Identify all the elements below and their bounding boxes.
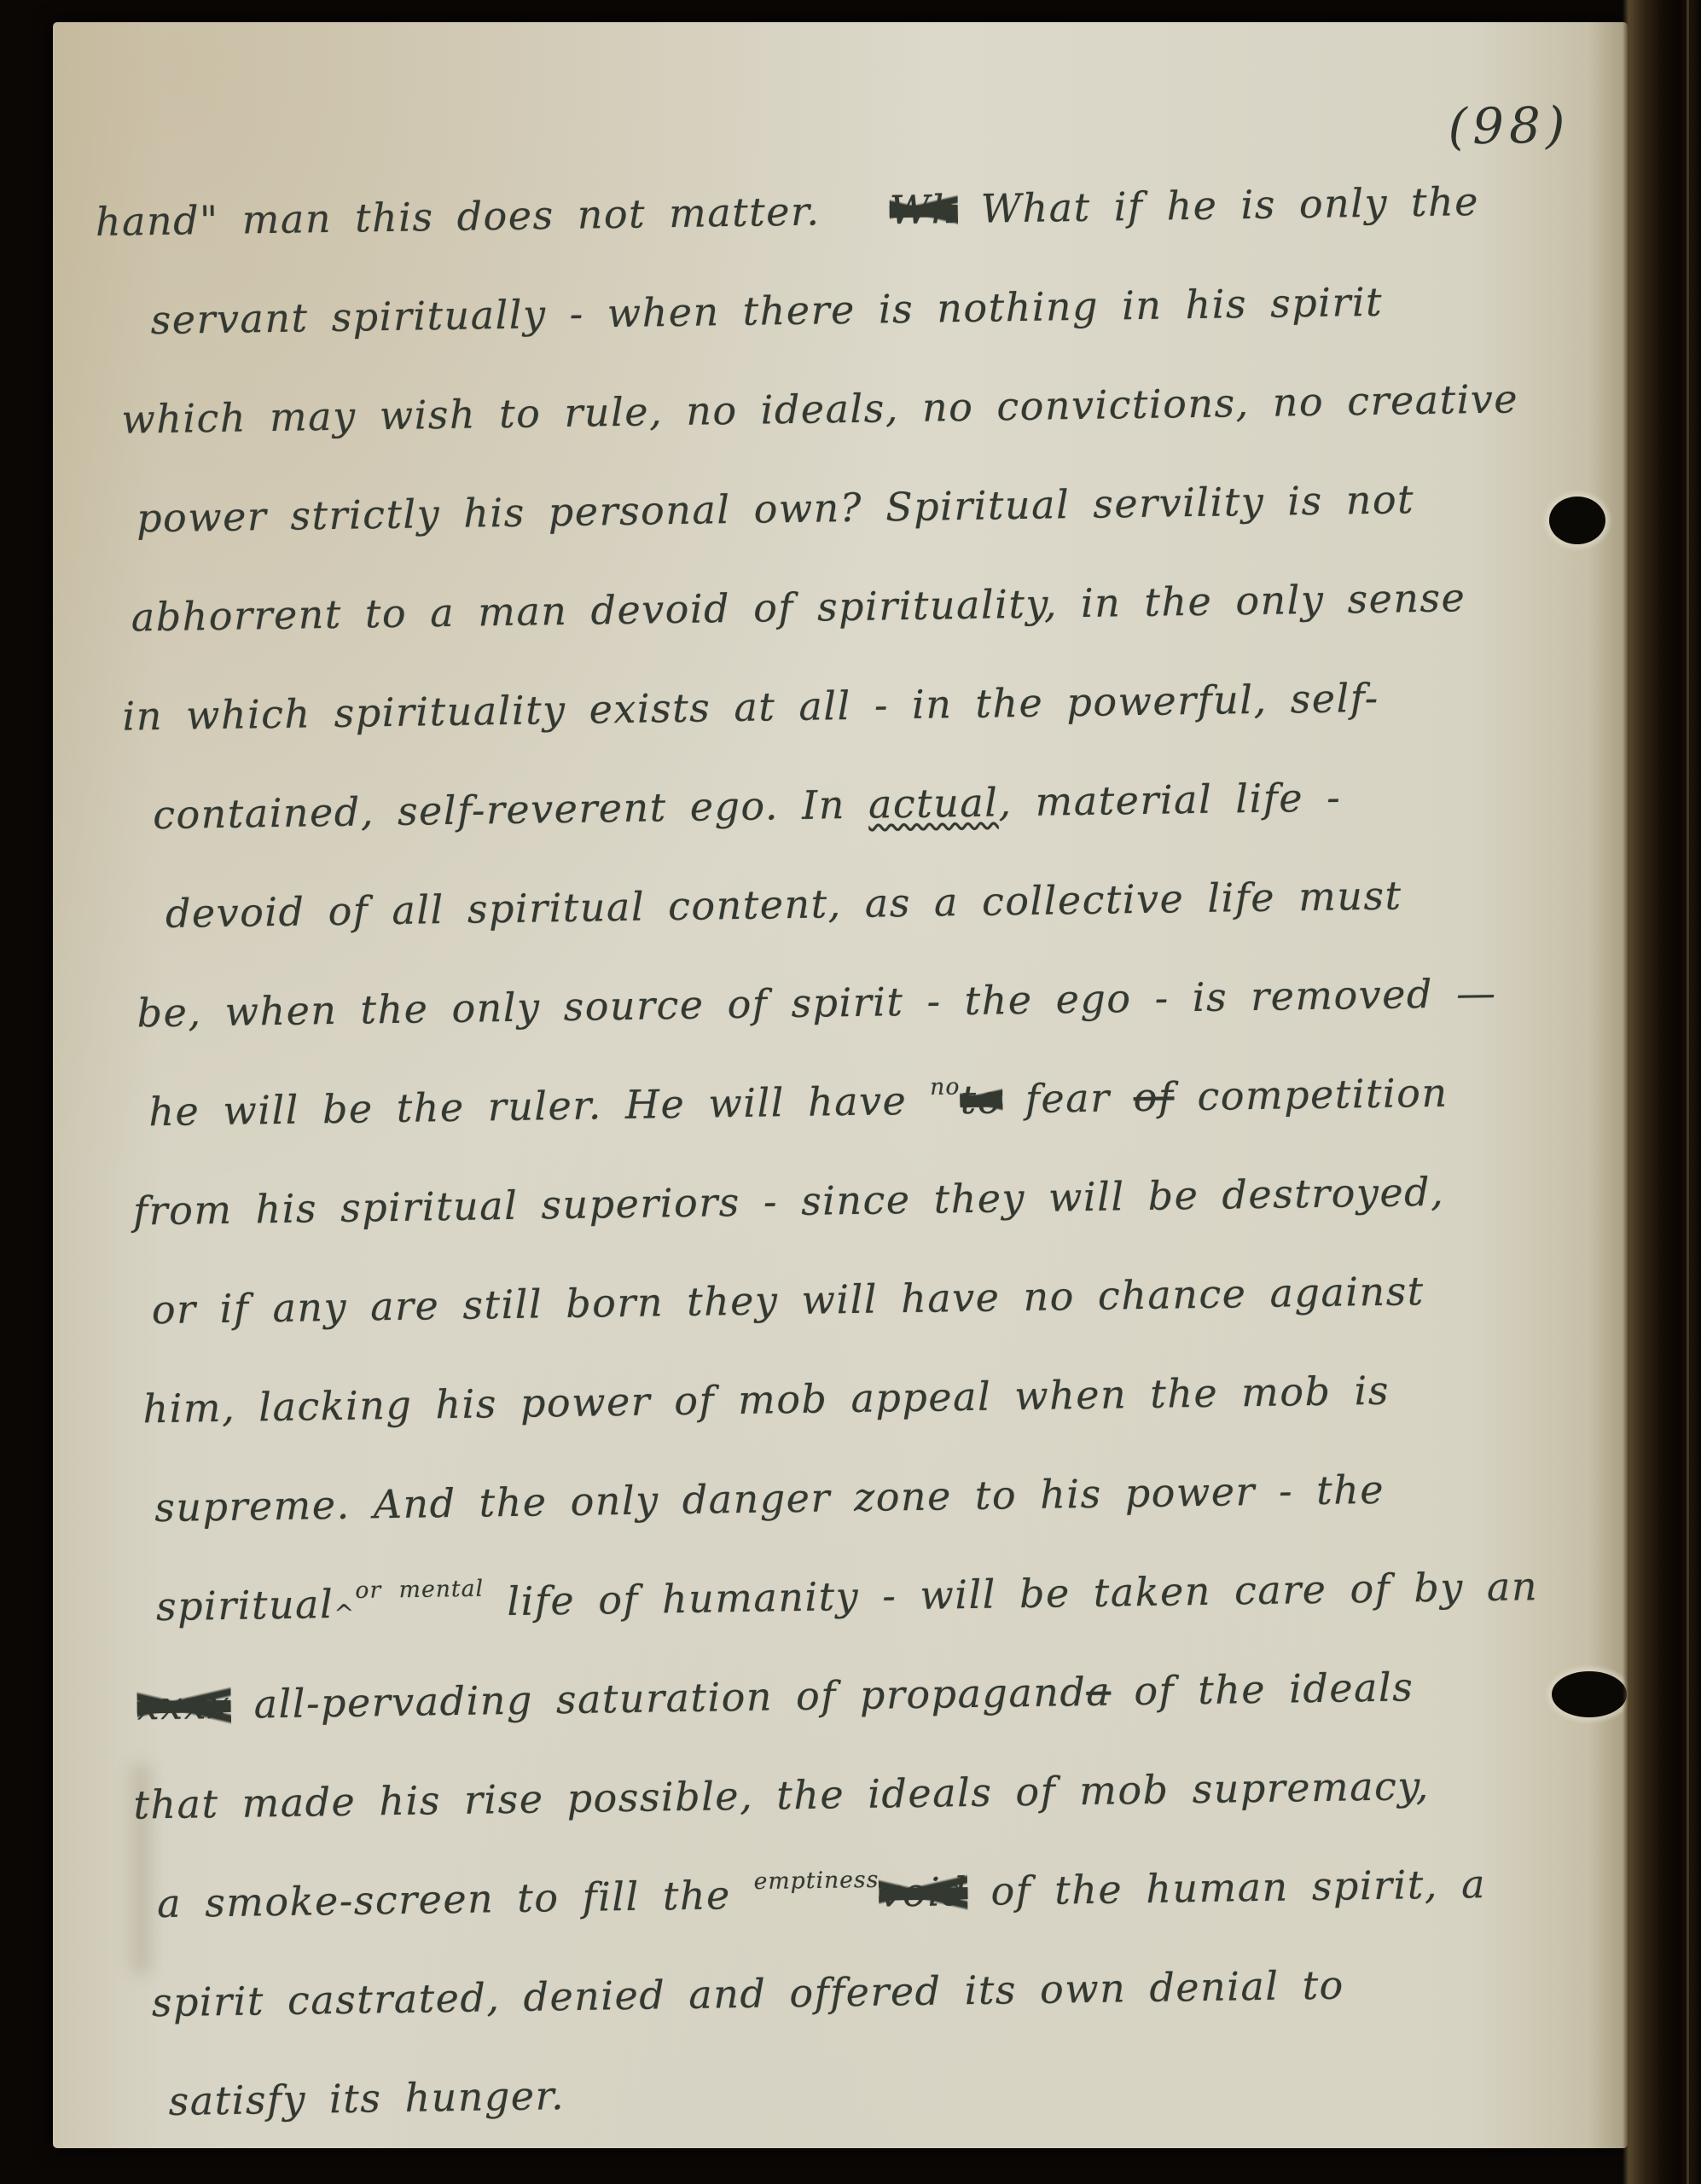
manuscript-text: hand" man this does not matter. Wh What …: [37, 0, 1611, 23]
text-segment: in which spirituality exists at all - in…: [122, 675, 1379, 740]
handwritten-line: be, when the only source of spirit - the…: [136, 968, 1497, 1038]
text-segment: , material life -: [998, 774, 1342, 825]
spine-edge-highlight: [1686, 0, 1689, 2184]
text-segment: hand" man this does not matter.: [96, 187, 891, 245]
text-segment: abhorrent to a man devoid of spiritualit…: [131, 574, 1466, 640]
handwritten-line: satisfy its hunger.: [168, 2071, 565, 2126]
handwritten-line: spirit castrated, denied and offered its…: [151, 1960, 1344, 2028]
text-segment: contained, self-reverent ego. In: [153, 781, 869, 838]
text-segment: What if he is only the: [957, 178, 1479, 232]
inserted-word: no: [930, 1062, 961, 1112]
text-segment: devoid of all spiritual content, as a co…: [165, 872, 1402, 936]
crossed-out-word: a: [1086, 1669, 1112, 1715]
text-segment: supreme. And the only danger zone to his…: [154, 1467, 1385, 1531]
handwritten-line: he will be the ruler. He will have noto …: [148, 1068, 1448, 1144]
text-segment: life of humanity - will be taken care of…: [484, 1563, 1538, 1624]
crossed-out-word: void: [879, 1868, 968, 1916]
crossed-out-word: of: [1133, 1073, 1175, 1120]
crossed-out-word: xxxx: [136, 1682, 231, 1729]
text-segment: or if any are still born they will have …: [151, 1268, 1425, 1333]
crossed-out-word: to: [960, 1076, 1002, 1123]
inserted-word: emptiness: [753, 1856, 880, 1907]
text-segment: of the human spirit, a: [967, 1861, 1486, 1914]
handwritten-line: spiritual^or mental life of humanity - w…: [156, 1561, 1539, 1638]
manuscript-page: (98) hand" man this does not matter. Wh …: [53, 22, 1628, 2148]
crossed-out-word: Wh: [889, 186, 958, 233]
handwritten-line: a smoke-screen to fill the emptinessvoid…: [157, 1859, 1487, 1935]
text-segment: power strictly his personal own? Spiritu…: [136, 476, 1415, 541]
handwritten-line: or if any are still born they will have …: [151, 1266, 1425, 1334]
text-segment: satisfy its hunger.: [168, 2072, 565, 2124]
book-spine-shadow: [1623, 0, 1701, 2184]
inserted-word: or mental: [355, 1565, 485, 1616]
text-segment: which may wish to rule, no ideals, no co…: [121, 375, 1518, 442]
text-segment: him, lacking his power of mob appeal whe…: [142, 1368, 1390, 1432]
insertion-caret: ^: [334, 1589, 356, 1639]
handwritten-line: servant spiritually - when there is noth…: [150, 277, 1383, 345]
text-segment: servant spiritually - when there is noth…: [150, 279, 1383, 343]
text-segment: fear: [1001, 1074, 1134, 1122]
handwritten-line: supreme. And the only danger zone to his…: [154, 1465, 1385, 1532]
handwritten-line: him, lacking his power of mob appeal whe…: [142, 1366, 1390, 1434]
handwritten-line: xxxx all-pervading saturation of propaga…: [136, 1662, 1414, 1730]
handwritten-line: in which spirituality exists at all - in…: [122, 673, 1379, 741]
text-segment: from his spiritual superiors - since the…: [133, 1169, 1445, 1234]
handwritten-line: devoid of all spiritual content, as a co…: [165, 870, 1402, 938]
text-segment: he will be the ruler. He will have: [148, 1077, 931, 1136]
handwritten-line: that made his rise possible, the ideals …: [133, 1761, 1430, 1830]
text-segment: spiritual: [156, 1581, 334, 1629]
handwritten-line: which may wish to rule, no ideals, no co…: [121, 374, 1519, 444]
text-segment: competition: [1174, 1070, 1448, 1120]
text-segment: a smoke-screen to fill the: [157, 1872, 754, 1926]
handwritten-line: contained, self-reverent ego. In actual,…: [153, 772, 1342, 839]
text-segment: be, when the only source of spirit - the…: [136, 970, 1497, 1037]
text-segment: spirit castrated, denied and offered its…: [151, 1962, 1344, 2026]
text-segment: of the ideals: [1111, 1664, 1414, 1714]
text-segment: that made his rise possible, the ideals …: [133, 1763, 1430, 1828]
photo-background: (98) hand" man this does not matter. Wh …: [0, 0, 1701, 2184]
page-number: (98): [1448, 96, 1570, 155]
handwritten-line: abhorrent to a man devoid of spiritualit…: [131, 572, 1466, 642]
text-segment: all-pervading saturation of propagand: [230, 1669, 1087, 1728]
handwritten-line: from his spiritual superiors - since the…: [133, 1167, 1445, 1236]
handwritten-line: power strictly his personal own? Spiritu…: [136, 474, 1415, 543]
emphasized-word: actual: [868, 779, 999, 827]
handwriting-layer: (98) hand" man this does not matter. Wh …: [37, 0, 1643, 2149]
handwritten-line: hand" man this does not matter. Wh What …: [95, 177, 1479, 247]
